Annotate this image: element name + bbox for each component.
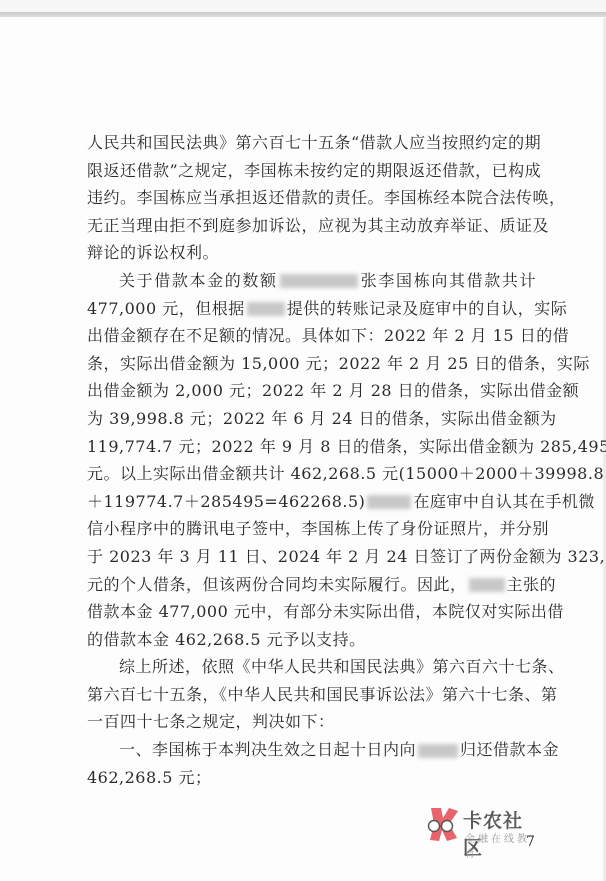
text-line: 无正当理由拒不到庭参加诉讼，应视为其主动放弃举证、质证及 bbox=[87, 212, 536, 240]
text-line: 元。以上实际出借金额共计 462,268.5 元(15000＋2000＋3999… bbox=[87, 460, 536, 488]
text-line: 462,268.5 元； bbox=[87, 764, 536, 792]
redacted-name bbox=[367, 495, 411, 509]
redacted-name bbox=[280, 274, 358, 288]
text-line: ＋119774.7＋285495=462268.5)在庭审中自认其在手机微 bbox=[87, 488, 536, 516]
paragraph-ruling-item-1: 一、李国栋于本判决生效之日起十日内向归还借款本金 462,268.5 元； bbox=[87, 736, 536, 791]
text-line: 关于借款本金的数额张李国栋向其借款共计 bbox=[87, 267, 536, 295]
redacted-name bbox=[418, 744, 458, 758]
text-line: 元的个人借条，但该两份合同均未实际履行。因此，主张的 bbox=[87, 571, 536, 599]
text-line: 条，实际出借金额为 15,000 元；2022 年 2 月 25 日的借条，实际 bbox=[87, 350, 536, 378]
redacted-name bbox=[469, 578, 505, 592]
text-line: 综上所述，依照《中华人民共和国民法典》第六百六十七条、 bbox=[87, 653, 536, 681]
text-line: 为 39,998.8 元；2022 年 6 月 24 日的借条，实际出借金额为 bbox=[87, 405, 536, 433]
watermark-logo: 卡农社区 金融在线教育 bbox=[425, 806, 535, 844]
watermark-subtitle: 金融在线教育 bbox=[465, 830, 535, 860]
text-line: 119,774.7 元；2022 年 9 月 8 日的借条，实际出借金额为 28… bbox=[87, 433, 536, 461]
paragraph-legal-basis: 综上所述，依照《中华人民共和国民法典》第六百六十七条、 第六百七十五条，《中华人… bbox=[87, 653, 536, 736]
judgment-document-body: 人民共和国民法典》第六百七十五条“借款人应当按照约定的期 限返还借款”之规定，李… bbox=[87, 129, 536, 791]
redacted-name bbox=[247, 302, 285, 316]
text-line: 一、李国栋于本判决生效之日起十日内向归还借款本金 bbox=[87, 736, 536, 764]
text-line: 477,000 元，但根据提供的转账记录及庭审中的自认，实际 bbox=[87, 295, 536, 323]
text-line: 辩论的诉讼权利。 bbox=[87, 239, 536, 267]
text-line: 的借款本金 462,268.5 元予以支持。 bbox=[87, 626, 536, 654]
paragraph-breach-of-contract: 人民共和国民法典》第六百七十五条“借款人应当按照约定的期 限返还借款”之规定，李… bbox=[87, 129, 536, 267]
text-line: 第六百七十五条，《中华人民共和国民事诉讼法》第六十七条、第 bbox=[87, 681, 536, 709]
text-line: 信小程序中的腾讯电子签中，李国栋上传了身份证照片，并分别 bbox=[87, 515, 536, 543]
paragraph-loan-principal: 关于借款本金的数额张李国栋向其借款共计 477,000 元，但根据提供的转账记录… bbox=[87, 267, 536, 653]
text-line: 违约。李国栋应当承担返还借款的责任。李国栋经本院合法传唤， bbox=[87, 184, 536, 212]
text-line: 于 2023 年 3 月 11 日、2024 年 2 月 24 日签订了两份金额… bbox=[87, 543, 536, 571]
text-line: 限返还借款”之规定，李国栋未按约定的期限返还借款，已构成 bbox=[87, 157, 536, 185]
kanong-logo-icon bbox=[425, 806, 461, 842]
text-line: 出借金额为 2,000 元；2022 年 2 月 28 日的借条，实际出借金额 bbox=[87, 377, 536, 405]
scan-shadow-band bbox=[0, 12, 606, 17]
text-line: 借款本金 477,000 元中，有部分未实际出借，本院仅对实际出借 bbox=[87, 598, 536, 626]
text-line: 出借金额存在不足额的情况。具体如下：2022 年 2 月 15 日的借 bbox=[87, 322, 536, 350]
text-line: 一百四十七条之规定，判决如下： bbox=[87, 708, 536, 736]
page-number: 7 bbox=[526, 834, 535, 850]
text-line: 人民共和国民法典》第六百七十五条“借款人应当按照约定的期 bbox=[87, 129, 536, 157]
